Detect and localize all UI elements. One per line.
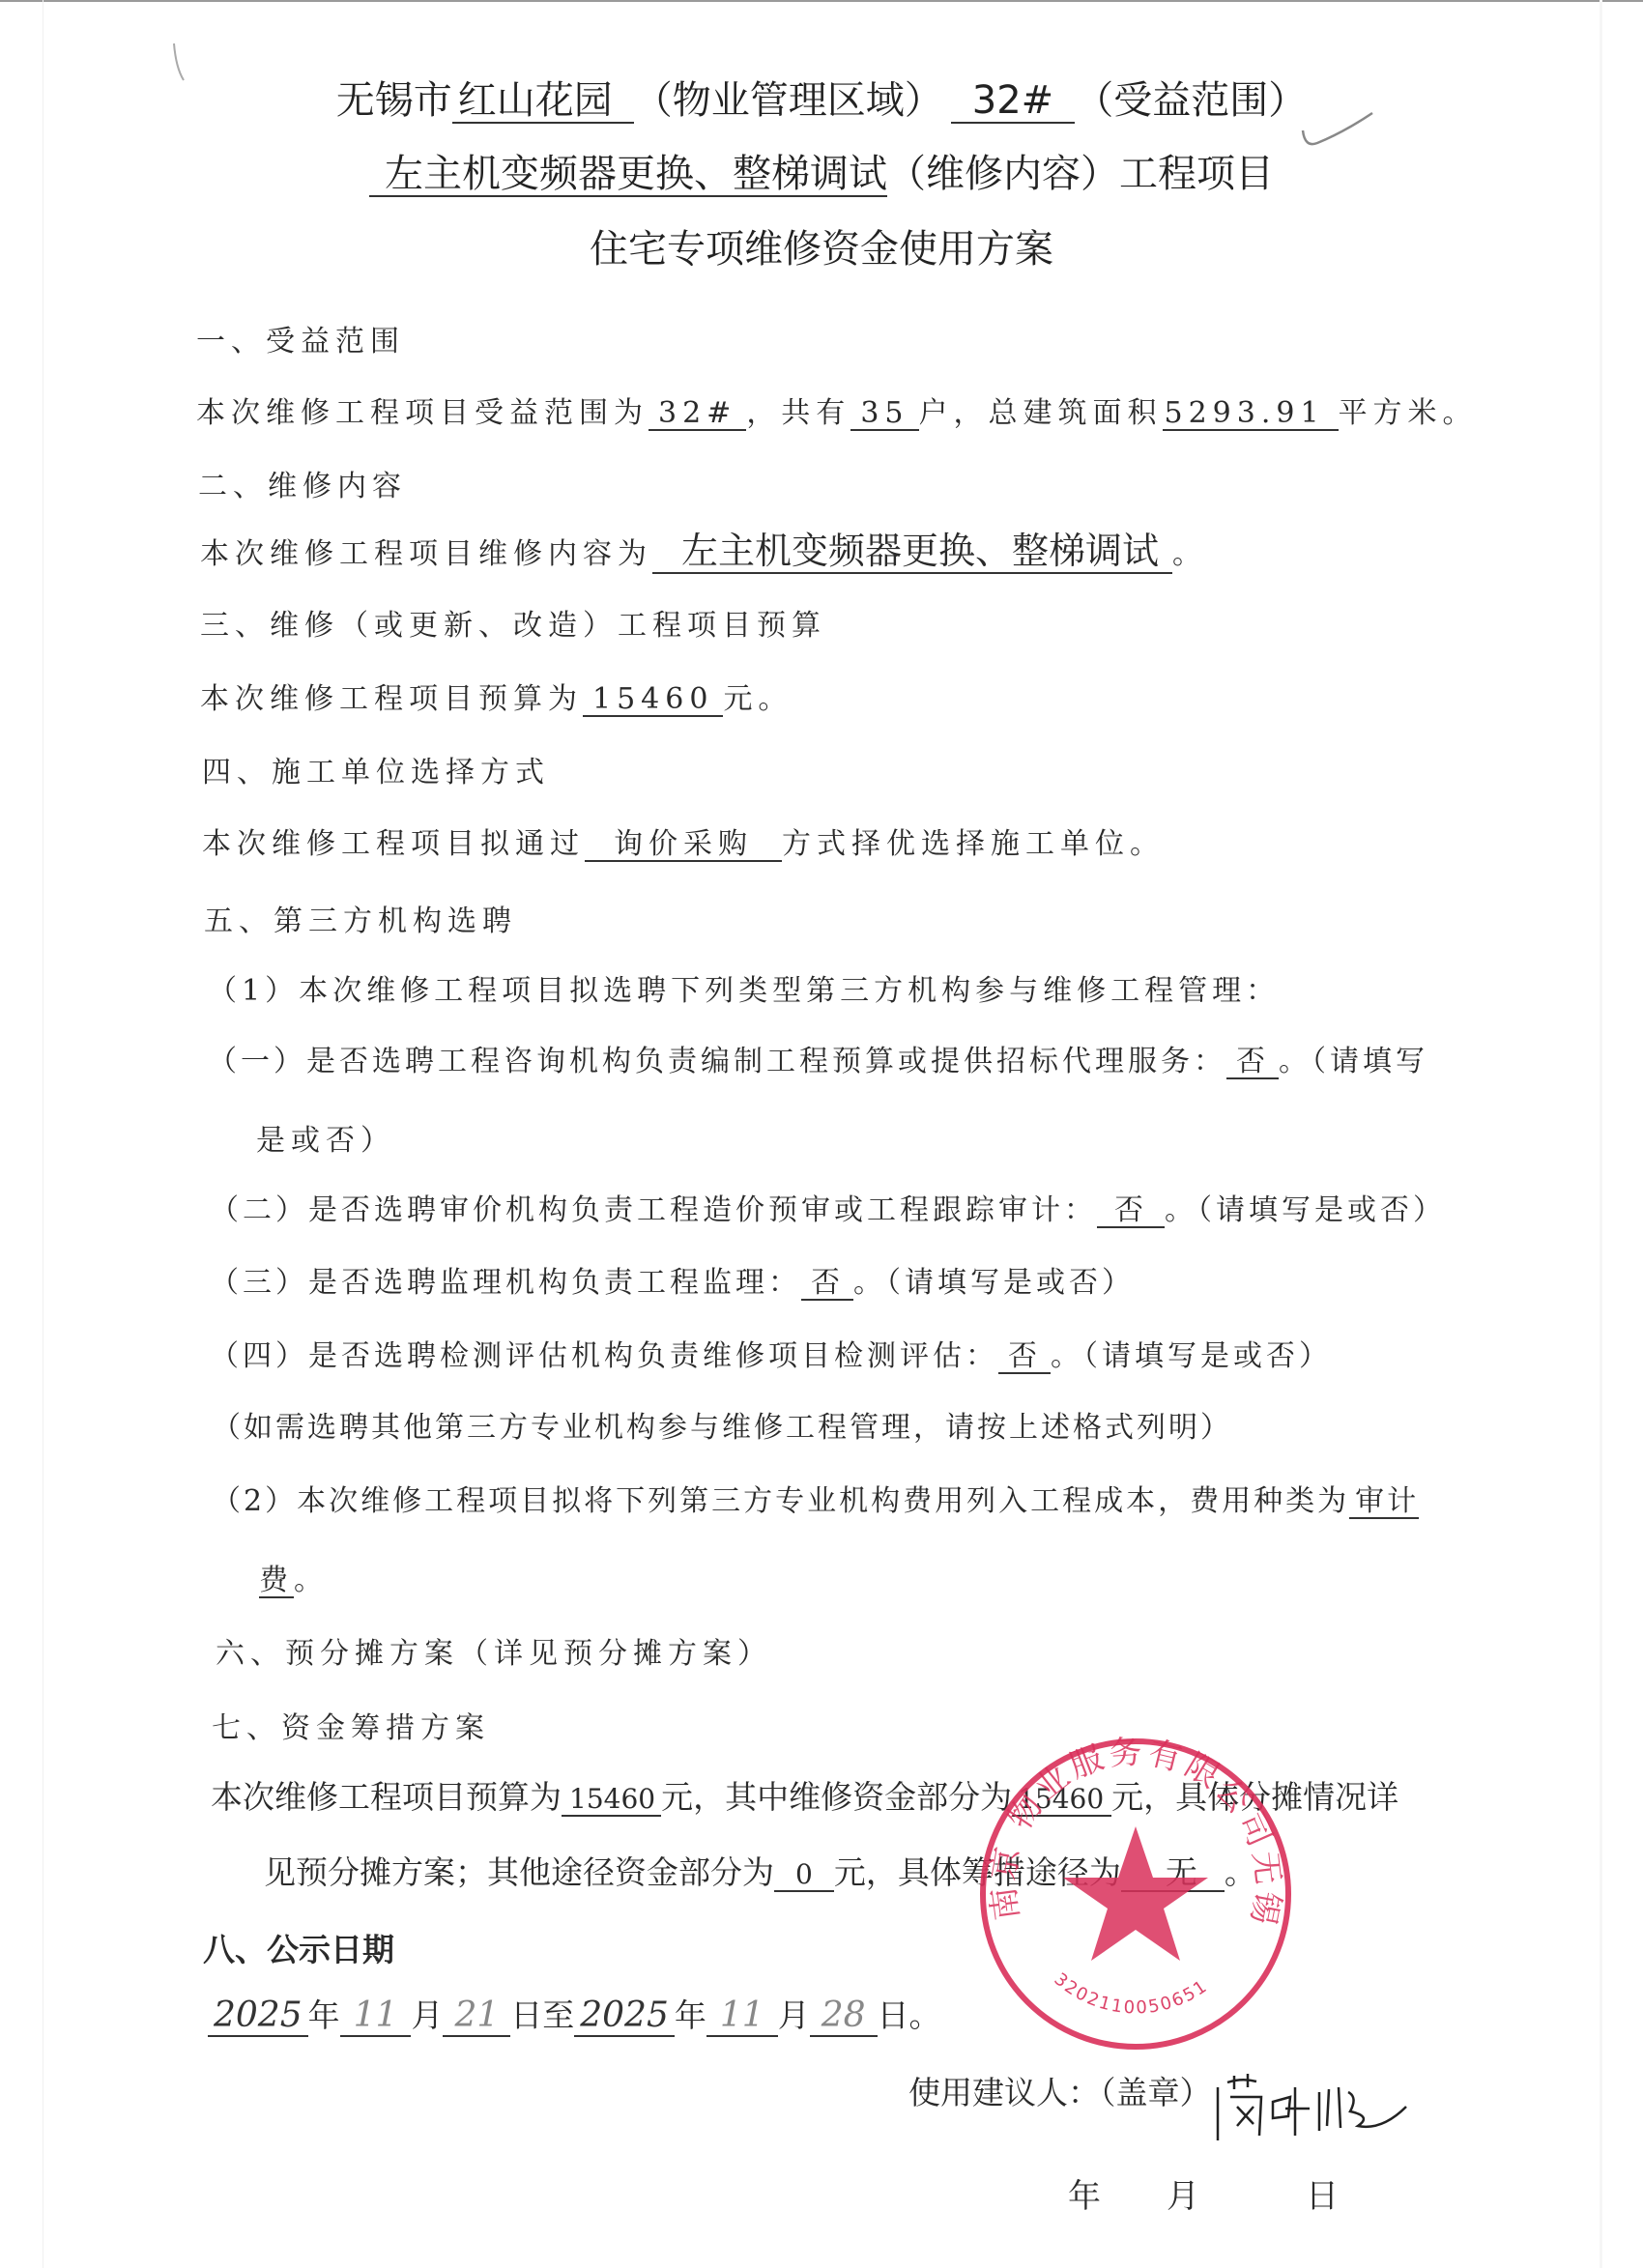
start-day: 21 (443, 1996, 510, 2037)
budget-value: 15460 (562, 1785, 661, 1817)
section-7-heading: 七、资金筹措方案 (212, 1704, 490, 1746)
section-4-heading: 四、施工单位选择方式 (202, 748, 550, 790)
text: （二）是否选聘审价机构负责工程造价预审或工程跟踪审计： (210, 1193, 1097, 1227)
text: 月 (411, 1996, 443, 2034)
section-2-heading: 二、维修内容 (198, 462, 407, 504)
q2-answer: 否 (1097, 1194, 1165, 1228)
text: 方式择优选择施工单位。 (782, 827, 1165, 861)
section-5-q4: （四）是否选聘检测评估机构负责维修项目检测评估：否。（请填写是或否） (210, 1332, 1332, 1374)
section-5-p1: （1）本次维修工程项目拟选聘下列类型第三方机构参与维修工程管理： (208, 966, 1280, 1009)
title-city: 无锡市 (336, 78, 452, 123)
section-4-text: 本次维修工程项目拟通过询价采购方式择优选择施工单位。 (202, 819, 1165, 862)
text: （一）是否选聘工程咨询机构负责编制工程预算或提供招标代理服务： (208, 1045, 1226, 1078)
text: 日 (1306, 2177, 1339, 2216)
company-seal-icon: 南京 物业服务有限公司无锡分公司 3202110050651 (976, 1735, 1295, 2053)
text: 。 (1172, 537, 1207, 571)
title-line-1: 无锡市红山花园（物业管理区域）32#（受益范围） (0, 70, 1643, 125)
end-year: 2025 (574, 1996, 675, 2037)
text: 本次维修工程项目预算为 (200, 682, 583, 716)
page-edge (0, 0, 1643, 2)
title-content-label: （维修内容） (887, 152, 1119, 196)
title-scope: 32# (951, 79, 1075, 124)
scope-value: 32# (649, 397, 746, 431)
scan-artifact (1600, 0, 1602, 2268)
text: 。 (294, 1564, 329, 1597)
publicity-dates: 2025年11月21日至2025年11月28日。 (208, 1991, 941, 2037)
text: （四）是否选聘检测评估机构负责维修项目检测评估： (210, 1339, 998, 1373)
start-month: 11 (340, 1996, 412, 2037)
text: 平方米。 (1339, 396, 1478, 430)
text: 本次维修工程项目拟通过 (202, 827, 585, 861)
q4-answer: 否 (998, 1340, 1051, 1374)
section-1-heading: 一、受益范围 (196, 317, 405, 359)
text: 年 (1068, 2177, 1101, 2216)
text: 元。 (723, 682, 793, 716)
section-2-text: 本次维修工程项目维修内容为左主机变频器更换、整梯调试。 (200, 530, 1207, 574)
title-line-2: 左主机变频器更换、整梯调试（维修内容）工程项目 (0, 143, 1643, 198)
text: 见预分摊方案；其他途径资金部分为 (264, 1853, 774, 1891)
fee-type-value: 审计 (1349, 1485, 1419, 1519)
end-day: 28 (810, 1996, 878, 2037)
fee-type-value-cont: 费 (259, 1565, 294, 1598)
text: 日。 (878, 1996, 941, 2034)
text: 日至 (510, 1996, 574, 2034)
text: 年 (308, 1996, 340, 2034)
title-content: 左主机变频器更换、整梯调试 (369, 153, 887, 197)
section-6-heading: 六、预分摊方案（详见预分摊方案） (216, 1629, 772, 1672)
text: 户，总建筑面积 (919, 396, 1163, 430)
title-line-3: 住宅专项维修资金使用方案 (0, 218, 1643, 273)
households-value: 35 (850, 397, 918, 431)
q3-answer: 否 (801, 1267, 853, 1301)
title-area-label: （物业管理区域） (634, 78, 943, 123)
section-5-q1: （一）是否选聘工程咨询机构负责编制工程预算或提供招标代理服务：否。（请填写 (208, 1037, 1428, 1079)
svg-text:3202110050651: 3202110050651 (1051, 1969, 1212, 2019)
text: ，共有 (746, 396, 850, 430)
text: 月 (778, 1996, 810, 2034)
text: 本次维修工程项目受益范围为 (196, 396, 649, 430)
title-suffix: 工程项目 (1119, 152, 1274, 196)
section-5-p2: （2）本次维修工程项目拟将下列第三方专业机构费用列入工程成本，费用种类为审计 (212, 1477, 1419, 1519)
text: 年 (675, 1996, 706, 2034)
section-8-heading: 八、公示日期 (203, 1925, 394, 1970)
section-1-text: 本次维修工程项目受益范围为32#，共有35户，总建筑面积5293.91平方米。 (196, 388, 1478, 431)
section-5-q1-cont: 是或否） (256, 1116, 395, 1159)
section-3-heading: 三、维修（或更新、改造）工程项目预算 (200, 601, 826, 644)
proposer-label: 使用建议人：（盖章） (908, 2068, 1212, 2113)
start-year: 2025 (208, 1996, 308, 2037)
text: 月 (1167, 2177, 1199, 2216)
section-3-text: 本次维修工程项目预算为15460元。 (200, 675, 793, 717)
text: 。（请填写是或否） (1165, 1193, 1446, 1227)
budget-value: 15460 (583, 683, 723, 717)
section-5-heading: 五、第三方机构选聘 (204, 897, 517, 939)
area-value: 5293.91 (1163, 397, 1339, 431)
text: （三）是否选聘监理机构负责工程监理： (210, 1266, 801, 1300)
section-5-p2-cont: 费。 (259, 1556, 329, 1598)
text: 本次维修工程项目维修内容为 (200, 537, 652, 571)
scan-artifact (43, 0, 43, 2268)
handwritten-signature-icon (1213, 2068, 1416, 2155)
section-5-q2: （二）是否选聘审价机构负责工程造价预审或工程跟踪审计：否。（请填写是或否） (210, 1186, 1446, 1228)
text: 元，其中维修资金部分为 (661, 1778, 1012, 1816)
method-value: 询价采购 (585, 828, 782, 862)
other-fund-value: 0 (774, 1860, 834, 1892)
text: 。（请填写 (1279, 1045, 1428, 1078)
title-area: 红山花园 (452, 79, 634, 124)
section-5-q3: （三）是否选聘监理机构负责工程监理：否。（请填写是或否） (210, 1258, 1135, 1301)
title-scope-label: （受益范围） (1075, 78, 1307, 123)
section-5-note: （如需选聘其他第三方专业机构参与维修工程管理，请按上述格式列明） (212, 1403, 1232, 1446)
text: （2）本次维修工程项目拟将下列第三方专业机构费用列入工程成本，费用种类为 (212, 1484, 1349, 1518)
text: 。（请填写是或否） (1051, 1339, 1332, 1373)
footer-date: 年月日 (1068, 2169, 1339, 2217)
q1-answer: 否 (1226, 1046, 1279, 1079)
text: 。（请填写是或否） (853, 1266, 1135, 1300)
end-month: 11 (706, 1996, 778, 2037)
text: 本次维修工程项目预算为 (211, 1778, 562, 1816)
content-value: 左主机变频器更换、整梯调试 (652, 531, 1172, 574)
